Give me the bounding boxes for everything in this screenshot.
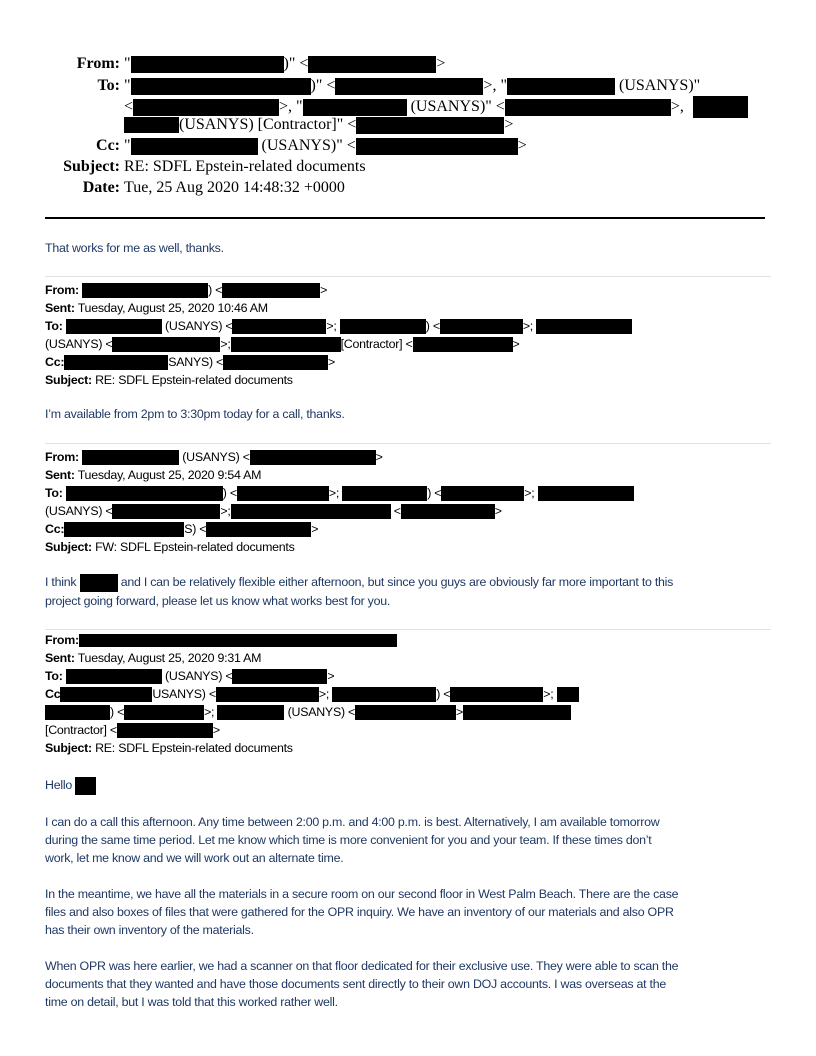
redaction [66,319,162,334]
from-line: From: ) <> [45,281,632,299]
redaction [441,486,524,501]
subject-value: RE: SDFL Epstein-related documents [124,157,366,176]
message-header: From: Sent: Tuesday, August 25, 2020 9:3… [45,631,579,757]
redaction [131,78,311,95]
message-body: I’m available from 2pm to 3:30pm today f… [45,405,345,423]
redaction [232,319,326,334]
redaction [66,486,223,501]
from-line: From: (USANYS) <> [45,448,634,466]
redaction [131,138,258,155]
redaction [231,337,341,352]
redaction [308,56,436,73]
redaction [60,687,152,702]
redaction [463,705,571,720]
redaction [117,723,213,738]
message-header: From: ) <> Sent: Tuesday, August 25, 202… [45,281,632,389]
subject-label: Subject: [0,157,120,176]
cc-line: CcUSANYS) <>; ) <>; [45,685,579,703]
redaction [124,705,204,720]
date-label: Date: [0,178,120,197]
redaction [112,504,220,519]
to-line-1: ")" <>, " (USANYS)" [124,76,700,95]
cc-line-cont: ) <>; (USANYS) <> [45,703,579,721]
redaction [440,319,523,334]
message-body: That works for me as well, thanks. [45,239,224,257]
redaction [124,117,179,133]
cc-line-cont: [Contractor] <> [45,721,579,739]
email-page: From: ")" <> To: ")" <>, " (USANYS)" <>,… [0,0,816,1056]
paragraph: In the meantime, we have all the materia… [45,885,678,939]
redaction [335,78,483,95]
cc-line: Cc:S) <> [45,520,634,538]
redaction [80,574,118,592]
redaction [538,486,634,501]
redaction [82,450,179,465]
redaction [401,504,495,519]
cc-line: Cc:SANYS) <> [45,353,632,371]
redaction [82,283,208,298]
to-line: To: (USANYS) <> [45,667,579,685]
cc-label: Cc: [0,136,120,155]
redaction [250,450,376,465]
redaction [45,705,110,720]
redaction [222,283,320,298]
redaction [340,319,426,334]
subject-line: Subject: RE: SDFL Epstein-related docume… [45,371,632,389]
message-body: I think and I can be relatively flexible… [45,573,673,610]
to-line: To: (USANYS) <>; ) <>; [45,317,632,335]
redaction [356,117,504,134]
redaction [505,99,671,116]
redaction [413,337,513,352]
redaction [216,687,319,702]
redaction [303,99,407,116]
sent-line: Sent: Tuesday, August 25, 2020 10:46 AM [45,299,632,317]
body-line: project going forward, please let us kno… [45,592,673,610]
message-divider [45,276,771,277]
redaction [536,319,632,334]
body-line: I think and I can be relatively flexible… [45,573,673,592]
redaction [131,56,284,73]
greeting: Hello [45,776,96,795]
message-divider [45,629,771,630]
sent-line: Sent: Tuesday, August 25, 2020 9:31 AM [45,649,579,667]
to-line-3: (USANYS) [Contractor]" <> [124,115,513,134]
sent-line: Sent: Tuesday, August 25, 2020 9:54 AM [45,466,634,484]
paragraph: I can do a call this afternoon. Any time… [45,813,659,867]
from-label: From: [0,54,120,73]
redaction [507,78,615,95]
redaction [450,687,543,702]
redaction [112,337,220,352]
redaction [66,669,162,684]
redaction [237,486,329,501]
redaction [332,687,436,702]
redaction [693,96,748,118]
redaction [231,504,391,519]
to-line: To: ) <>; ) <>; [45,484,634,502]
to-label: To: [0,76,120,95]
to-line-2: <>, " (USANYS)" <>, [124,97,684,116]
redaction [79,634,397,647]
date-value: Tue, 25 Aug 2020 14:48:32 +0000 [124,178,345,197]
redaction [356,138,518,155]
email-header: From: ")" <> To: ")" <>, " (USANYS)" <>,… [0,52,816,202]
redaction [64,522,184,537]
redaction [64,355,168,370]
redaction [217,705,284,720]
redaction [223,355,328,370]
redaction [232,669,327,684]
redaction [75,777,96,795]
redaction [133,99,279,116]
redaction [342,486,427,501]
cc-value: " (USANYS)" <> [124,136,527,155]
redaction [557,687,579,702]
message-header: From: (USANYS) <> Sent: Tuesday, August … [45,448,634,556]
paragraph: When OPR was here earlier, we had a scan… [45,957,678,1011]
from-value: ")" <> [124,54,445,73]
to-line-cont: (USANYS) <>; <> [45,502,634,520]
from-line: From: [45,631,579,649]
redaction [355,705,456,720]
to-line-cont: (USANYS) <>;[Contractor] <> [45,335,632,353]
header-rule [45,217,765,219]
subject-line: Subject: RE: SDFL Epstein-related docume… [45,739,579,757]
message-divider [45,443,771,444]
subject-line: Subject: FW: SDFL Epstein-related docume… [45,538,634,556]
redaction [206,522,311,537]
